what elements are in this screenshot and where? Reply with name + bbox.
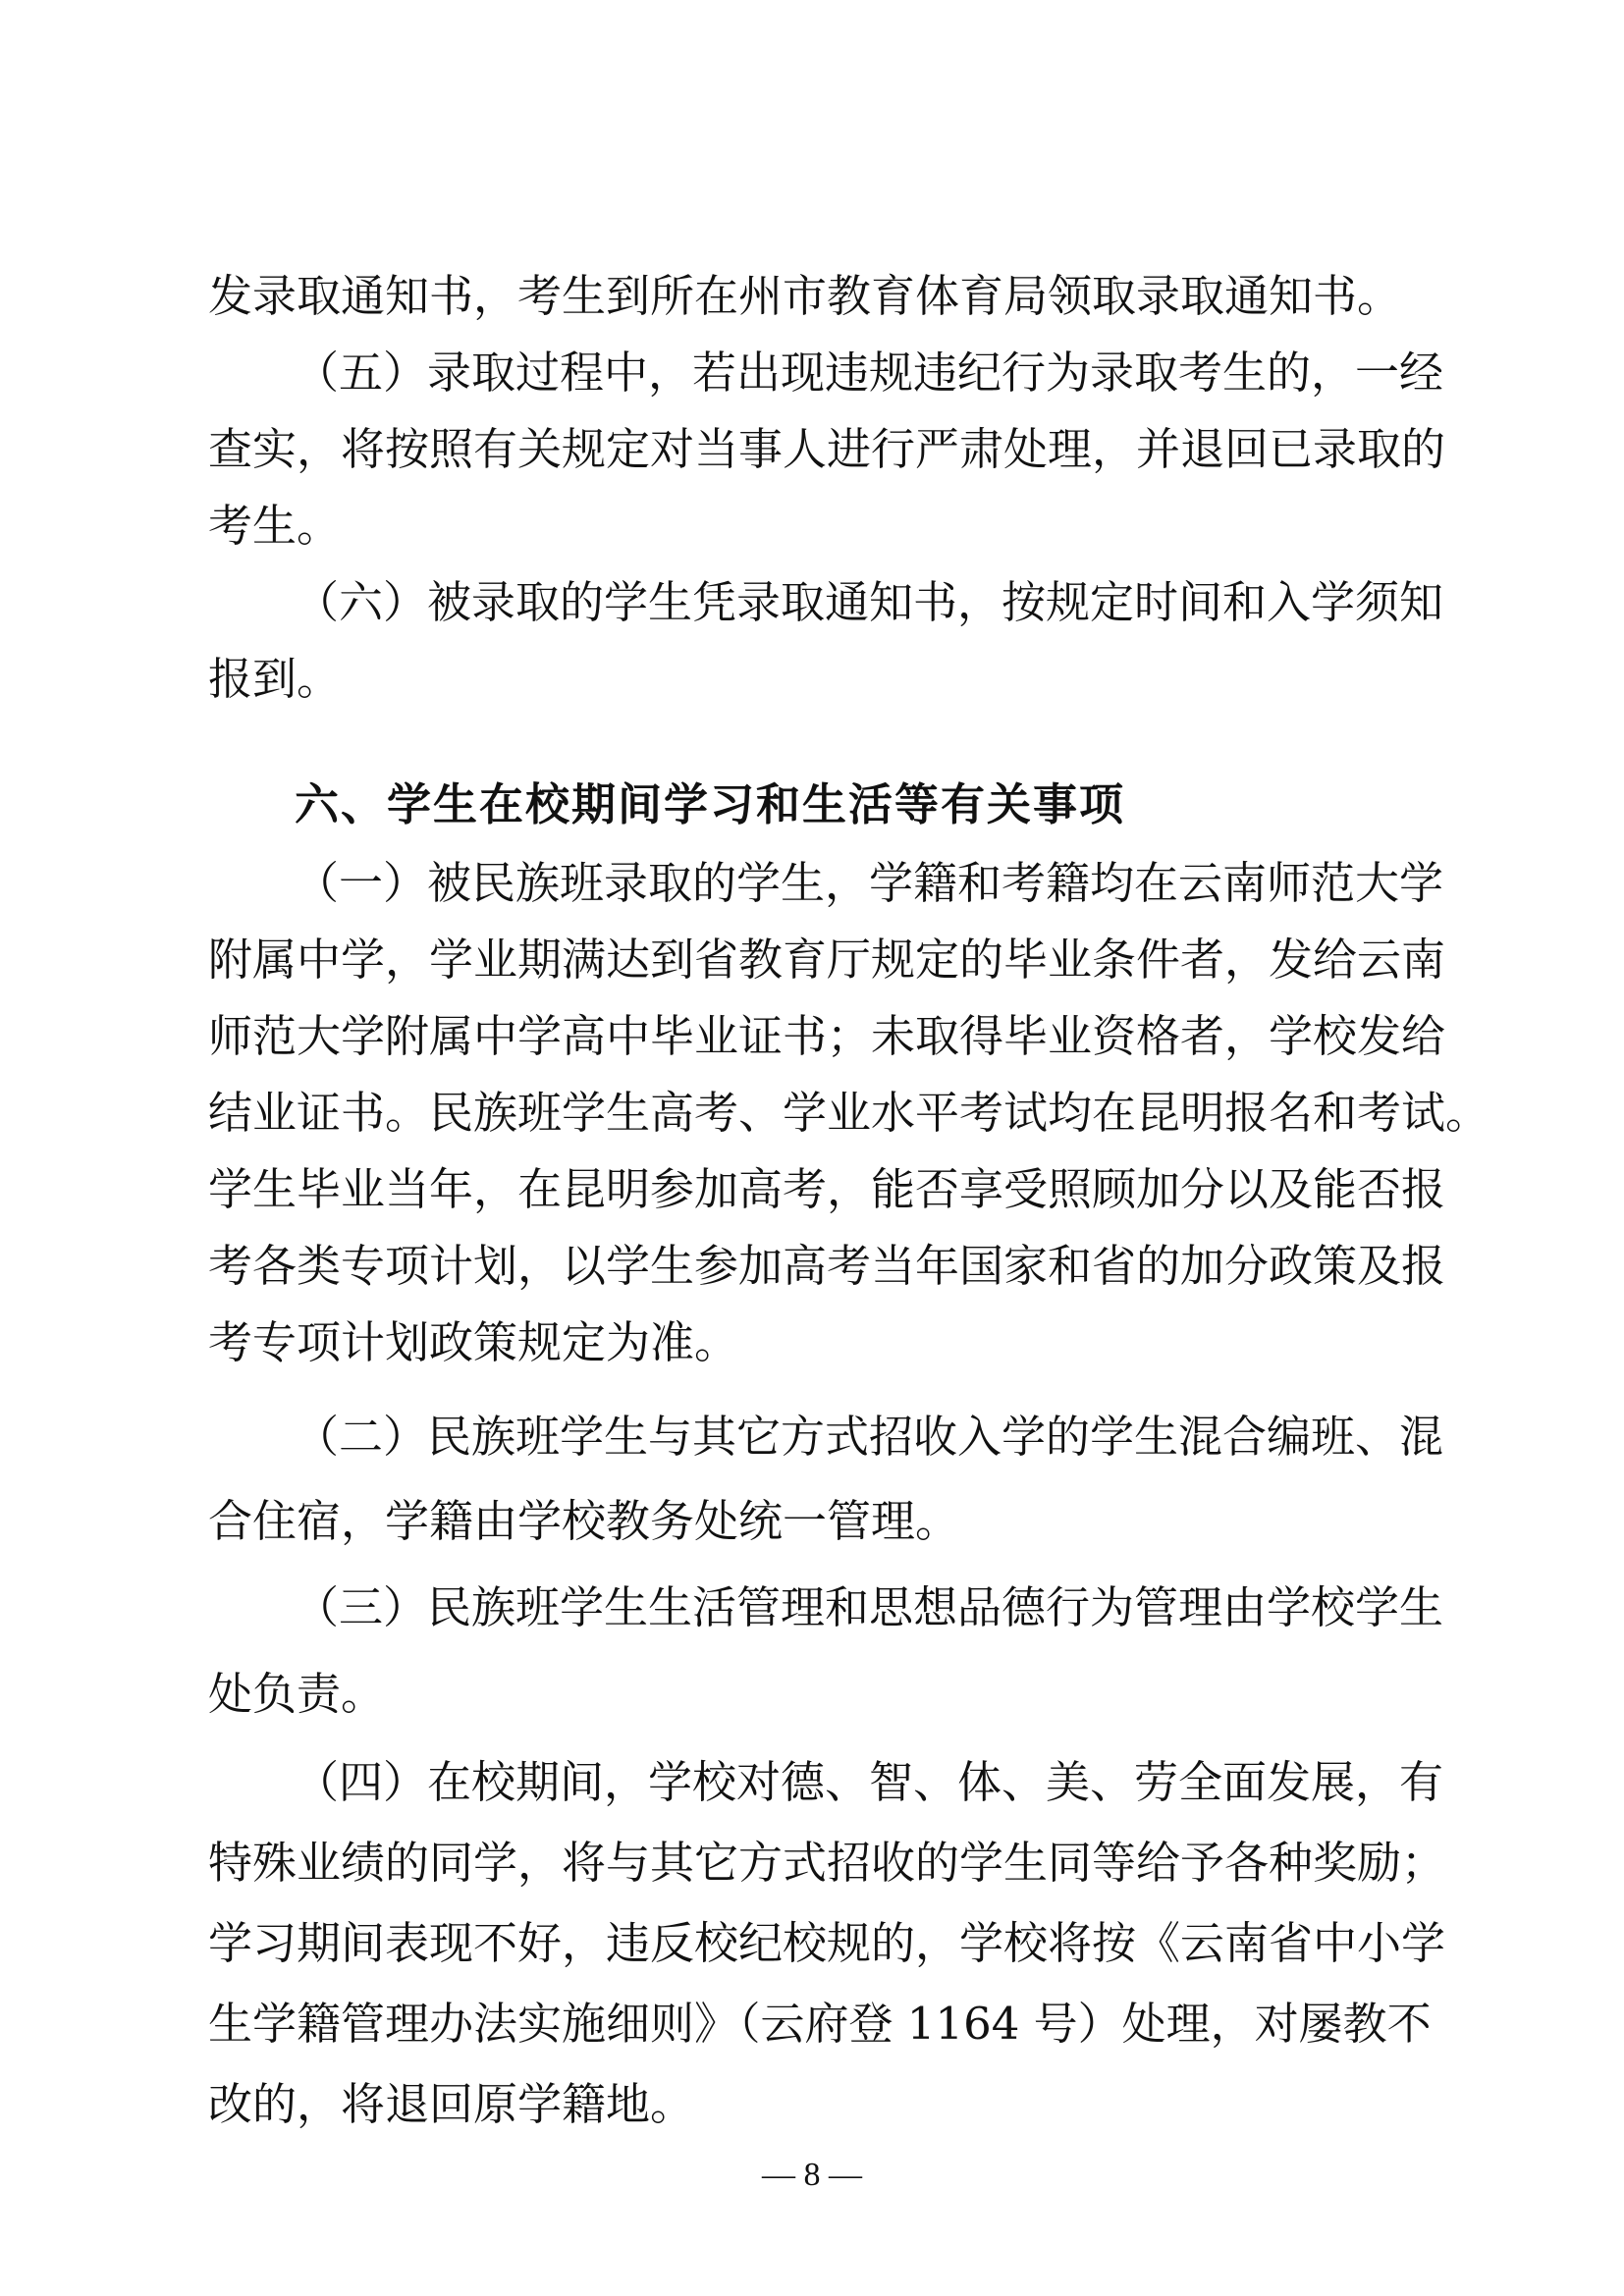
paragraph-line: （五）录取过程中，若出现违规违纪行为录取考生的，一经 [295,344,1426,402]
paragraph-line: 发录取通知书，考生到所在州市教育体育局领取录取通知书。 [208,267,1426,326]
paragraph-line: （三）民族班学生生活管理和思想品德行为管理由学校学生 [295,1578,1426,1637]
section-heading: 六、学生在校期间学习和生活等有关事项 [295,775,1125,834]
paragraph-line: 学习期间表现不好，违反校纪校规的，学校将按《云南省中小学 [208,1914,1426,1973]
paragraph-line: 师范大学附属中学高中毕业证书；未取得毕业资格者，学校发给 [208,1007,1426,1066]
paragraph-line: 报到。 [208,650,1426,709]
paragraph-line: 考各类专项计划，以学生参加高考当年国家和省的加分政策及报 [208,1237,1426,1296]
paragraph-line: （一）被民族班录取的学生，学籍和考籍均在云南师范大学 [295,854,1426,913]
paragraph-line: 考生。 [208,497,1426,556]
paragraph-line: 查实，将按照有关规定对当事人进行严肃处理，并退回已录取的 [208,420,1426,479]
paragraph-line: 考专项计划政策规定为准。 [208,1313,1426,1372]
paragraph-line: （六）被录取的学生凭录取通知书，按规定时间和入学须知 [295,573,1426,632]
paragraph-line: 学生毕业当年，在昆明参加高考，能否享受照顾加分以及能否报 [208,1160,1426,1219]
paragraph-line: （二）民族班学生与其它方式招收入学的学生混合编班、混 [295,1408,1426,1467]
paragraph-line: 特殊业绩的同学，将与其它方式招收的学生同等给予各种奖励； [208,1834,1426,1893]
document-page: 发录取通知书，考生到所在州市教育体育局领取录取通知书。 （五）录取过程中，若出现… [0,0,1624,2296]
paragraph-line: 改的，将退回原学籍地。 [208,2075,1426,2134]
paragraph-line: 处负责。 [208,1665,1426,1724]
page-number: — 8 — [0,2156,1624,2195]
paragraph-line: 附属中学，学业期满达到省教育厅规定的毕业条件者，发给云南 [208,931,1426,989]
paragraph-line: 合住宿，学籍由学校教务处统一管理。 [208,1492,1426,1551]
paragraph-line: 生学籍管理办法实施细则》（云府登 1164 号）处理，对屡教不 [208,1995,1426,2054]
paragraph-line: 结业证书。民族班学生高考、学业水平考试均在昆明报名和考试。 [208,1084,1426,1143]
paragraph-line: （四）在校期间，学校对德、智、体、美、劳全面发展，有 [295,1753,1426,1812]
